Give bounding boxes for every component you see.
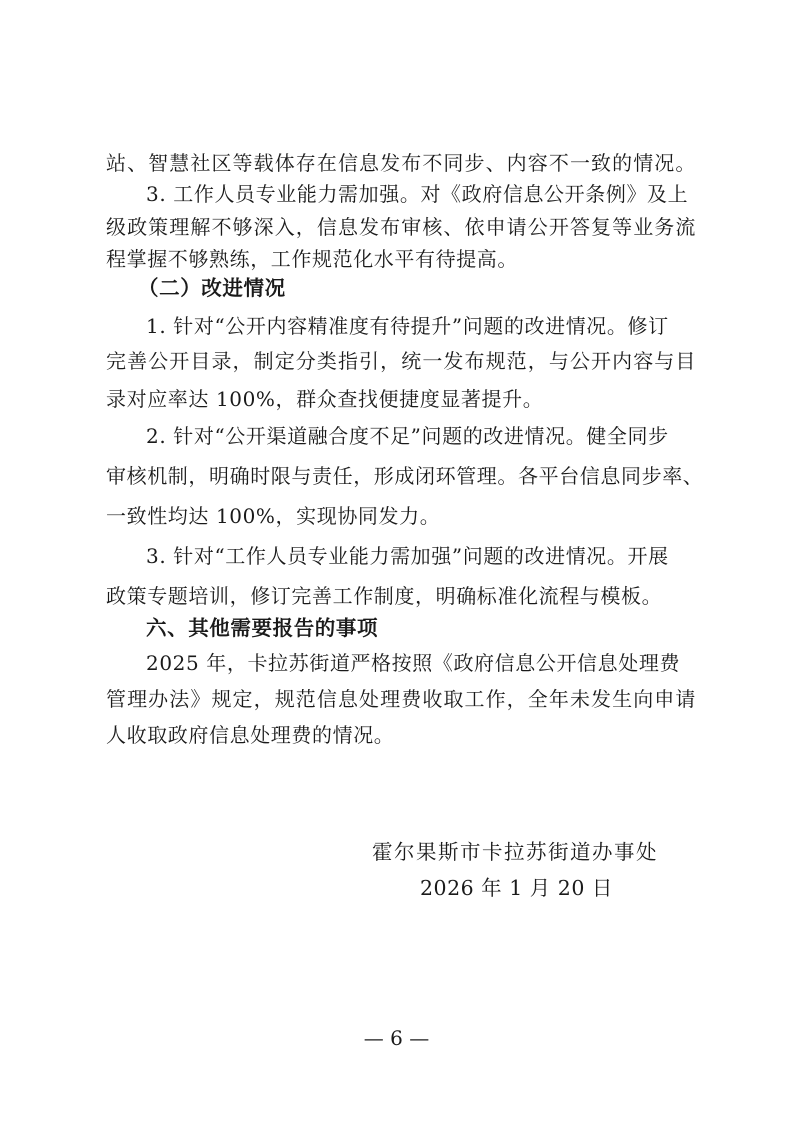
signature-date: 2026 年 1 月 20 日 xyxy=(420,872,613,904)
paragraph-line: 站、智慧社区等载体存在信息发布不同步、内容不一致的情况。 xyxy=(106,147,696,179)
paragraph-line: 1. 针对“公开内容精准度有待提升”问题的改进情况。修订 xyxy=(146,310,696,342)
paragraph-line: 3. 工作人员专业能力需加强。对《政府信息公开条例》及上 xyxy=(146,178,696,210)
paragraph-line: 程掌握不够熟练，工作规范化水平有待提高。 xyxy=(106,243,696,275)
paragraph-line: 一致性均达 100%，实现协同发力。 xyxy=(106,500,696,532)
subheading: （二）改进情况 xyxy=(138,272,728,304)
section-heading: 六、其他需要报告的事项 xyxy=(146,612,736,644)
paragraph-line: 级政策理解不够深入，信息发布审核、依申请公开答复等业务流 xyxy=(106,211,696,243)
paragraph-line: 人收取政府信息处理费的情况。 xyxy=(106,719,696,751)
paragraph-line: 政策专题培训，修订完善工作制度，明确标准化流程与模板。 xyxy=(106,580,696,612)
paragraph-line: 审核机制，明确时限与责任，形成闭环管理。各平台信息同步率、 xyxy=(106,460,696,492)
paragraph-line: 录对应率达 100%，群众查找便捷度显著提升。 xyxy=(106,383,696,415)
document-page: 站、智慧社区等载体存在信息发布不同步、内容不一致的情况。 3. 工作人员专业能力… xyxy=(0,0,793,1122)
paragraph-line: 管理办法》规定，规范信息处理费收取工作，全年未发生向申请 xyxy=(106,683,696,715)
paragraph-line: 完善公开目录，制定分类指引，统一发布规范，与公开内容与目 xyxy=(106,345,696,377)
paragraph-line: 2. 针对“公开渠道融合度不足”问题的改进情况。健全同步 xyxy=(146,420,696,452)
paragraph-line: 3. 针对“工作人员专业能力需加强”问题的改进情况。开展 xyxy=(146,540,696,572)
signature-organization: 霍尔果斯市卡拉苏街道办事处 xyxy=(372,836,658,868)
page-number: — 6 — xyxy=(0,1024,793,1052)
paragraph-line: 2025 年，卡拉苏街道严格按照《政府信息公开信息处理费 xyxy=(146,647,696,679)
